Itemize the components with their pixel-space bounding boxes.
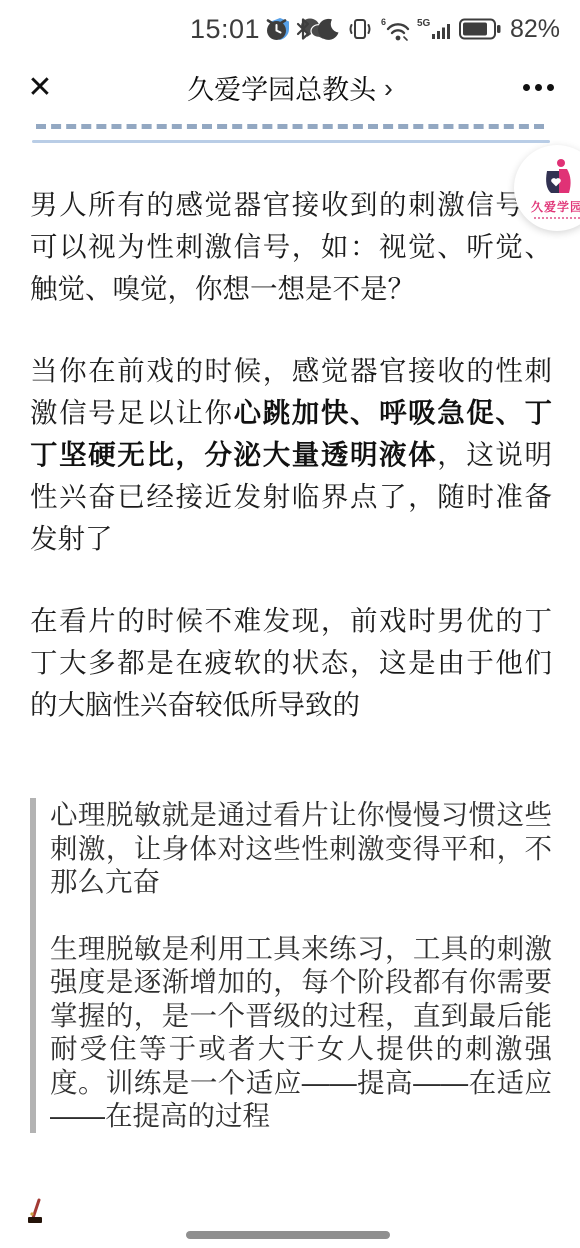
status-right-group: 6 5G [264, 0, 560, 58]
chat-title-text: 久爱学园总教头 [187, 68, 376, 107]
signal-5g-icon: 5G [417, 17, 452, 42]
nav-bar: ✕ 久爱学园总教头 › [0, 58, 580, 116]
bluetooth-icon [296, 17, 310, 41]
chat-title[interactable]: 久爱学园总教头 › [0, 58, 580, 116]
solid-line [32, 140, 550, 143]
quote-gap [50, 899, 552, 932]
dashed-line [36, 124, 544, 129]
brand-name: 久爱学园 [531, 198, 580, 215]
content-top-divider [0, 122, 580, 148]
paragraph-1: 男人所有的感觉器官接收到的刺激信号都可以视为性刺激信号，如：视觉、听觉、触觉、嗅… [30, 184, 552, 310]
quote-paragraph-1: 心理脱敏就是通过看片让你慢慢习惯这些刺激，让身体对这些性刺激变得平和，不那么亢奋 [50, 798, 552, 899]
battery-icon [459, 18, 501, 40]
mini-image-thumbnail[interactable] [28, 1198, 44, 1223]
status-bar: 15:01 [0, 0, 580, 58]
svg-text:5G: 5G [417, 18, 431, 29]
do-not-disturb-moon-icon [317, 18, 340, 41]
more-menu-button[interactable] [518, 72, 558, 102]
brand-subline [534, 217, 580, 219]
chevron-right-icon: › [384, 73, 393, 104]
vibrate-icon [347, 17, 373, 41]
clock-time: 15:01 [190, 14, 260, 45]
dot-icon [547, 84, 554, 91]
quote-paragraph-2: 生理脱敏是利用工具来练习，工具的刺激强度是逐渐增加的，每个阶段都有你需要掌握的，… [50, 932, 552, 1133]
dot-icon [523, 84, 530, 91]
paragraph-3: 在看片的时候不难发现，前戏时男优的丁丁大多都是在疲软的状态，这是由于他们的大脑性… [30, 600, 552, 726]
svg-text:6: 6 [381, 17, 386, 27]
dot-icon [535, 84, 542, 91]
battery-percent: 82% [510, 15, 560, 44]
wifi6-icon: 6 [380, 17, 410, 42]
brand-logo-icon [537, 157, 577, 197]
quote-block: 心理脱敏就是通过看片让你慢慢习惯这些刺激，让身体对这些性刺激变得平和，不那么亢奋… [30, 798, 552, 1133]
alarm-icon [264, 17, 289, 42]
message-article: 男人所有的感觉器官接收到的刺激信号都可以视为性刺激信号，如：视觉、听觉、触觉、嗅… [0, 184, 580, 1133]
home-indicator[interactable] [186, 1231, 390, 1239]
phone-screen: 15:01 [0, 0, 580, 1248]
paragraph-2: 当你在前戏的时候，感觉器官接收的性刺激信号足以让你心跳加快、呼吸急促、丁丁坚硬无… [30, 350, 552, 560]
